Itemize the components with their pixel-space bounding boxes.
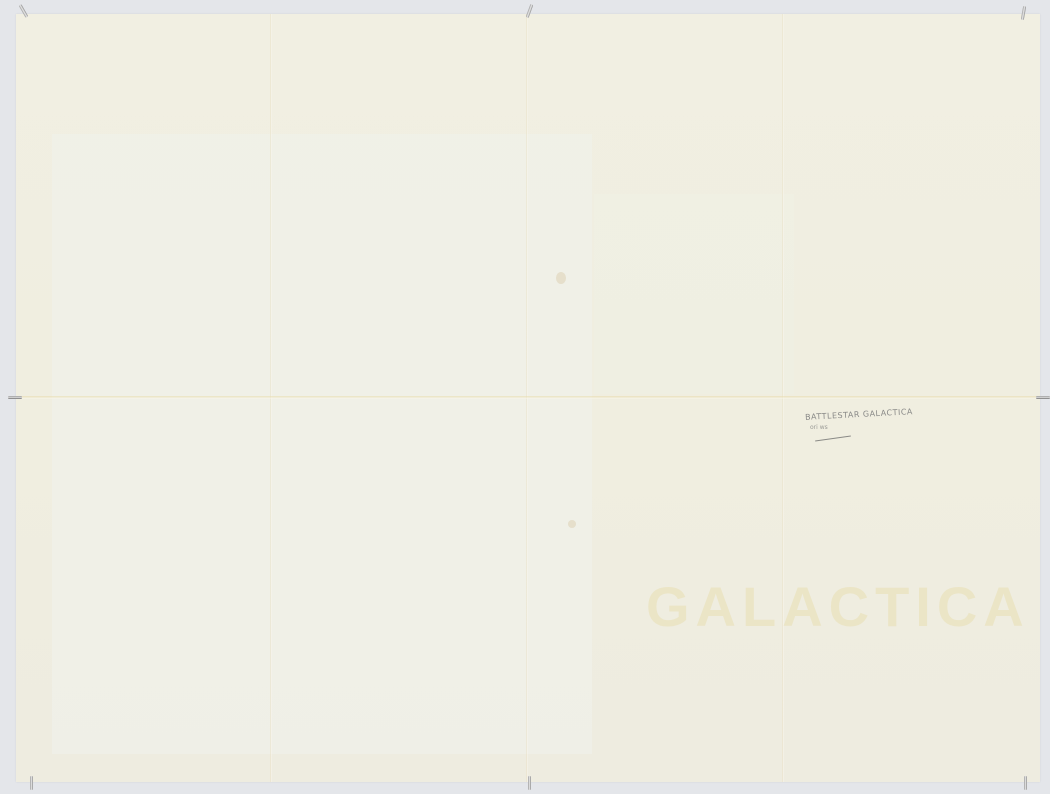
poster-back: GALACTICA	[16, 14, 1040, 782]
stain-spot	[556, 272, 566, 284]
handwritten-note-sub: ori ws	[810, 424, 828, 431]
pin-icon	[8, 396, 22, 399]
bleed-through-image-left	[52, 134, 592, 754]
pin-icon	[1036, 396, 1050, 399]
fold-line-horizontal	[16, 396, 1040, 399]
pin-icon	[30, 776, 33, 790]
bleed-through-title: GALACTICA	[646, 574, 1030, 639]
pin-icon	[1024, 776, 1027, 790]
bleed-through-image-right	[594, 194, 794, 394]
stain-spot	[568, 520, 576, 528]
pin-icon	[528, 776, 531, 790]
